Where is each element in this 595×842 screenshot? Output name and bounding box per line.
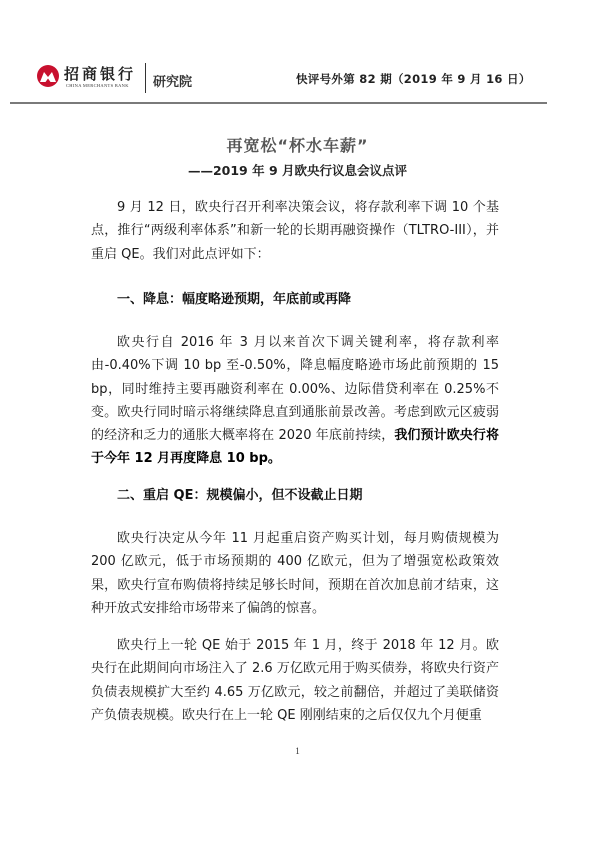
paragraph-text: 欧央行自 2016 年 3 月以来首次下调关键利率，将存款利率由-0.40%下调… — [91, 331, 499, 471]
logo-divider — [145, 63, 146, 93]
section-2-paragraph-1: 欧央行决定从今年 11 月起重启资产购买计划，每月购债规模为 200 亿欧元，低… — [91, 527, 499, 620]
paragraph-text: 欧央行上一轮 QE 始于 2015 年 1 月，终于 2018 年 12 月。欧… — [91, 634, 499, 727]
page-header: 招商银行 CHINA MERCHANTS BANK 研究院 快评号外第 82 期… — [0, 0, 595, 110]
report-id: 快评号外第 82 期（2019 年 9 月 16 日） — [296, 71, 531, 87]
section-heading: 一、降息：幅度略逊预期，年底前或再降 — [91, 288, 499, 311]
bank-name-cn: 招商银行 — [64, 63, 136, 84]
paragraph-text: 9 月 12 日，欧央行召开利率决策会议，将存款利率下调 10 个基点，推行“两… — [91, 196, 499, 266]
document-subtitle: ——2019 年 9 月欧央行议息会议点评 — [0, 161, 595, 179]
header-rule — [10, 102, 257, 104]
header-rule — [257, 102, 547, 104]
section-2-paragraph-2: 欧央行上一轮 QE 始于 2015 年 1 月，终于 2018 年 12 月。欧… — [91, 634, 499, 727]
paragraph-text: 欧央行决定从今年 11 月起重启资产购买计划，每月购债规模为 200 亿欧元，低… — [91, 527, 499, 620]
paragraph-body: 欧央行自 2016 年 3 月以来首次下调关键利率，将存款利率由-0.40%下调… — [91, 335, 499, 443]
section-2: 二、重启 QE：规模偏小，但不设截止日期 — [91, 484, 499, 507]
cmb-logo-icon — [37, 65, 59, 87]
intro-paragraph: 9 月 12 日，欧央行召开利率决策会议，将存款利率下调 10 个基点，推行“两… — [91, 196, 499, 266]
section-1-paragraph: 欧央行自 2016 年 3 月以来首次下调关键利率，将存款利率由-0.40%下调… — [91, 331, 499, 471]
bank-name-en: CHINA MERCHANTS BANK — [66, 83, 129, 88]
section-heading: 二、重启 QE：规模偏小，但不设截止日期 — [91, 484, 499, 507]
section-1: 一、降息：幅度略逊预期，年底前或再降 — [91, 288, 499, 311]
page-number: 1 — [0, 746, 595, 756]
institute-label: 研究院 — [153, 71, 192, 90]
document-title: 再宽松“杯水车薪” — [0, 133, 595, 156]
